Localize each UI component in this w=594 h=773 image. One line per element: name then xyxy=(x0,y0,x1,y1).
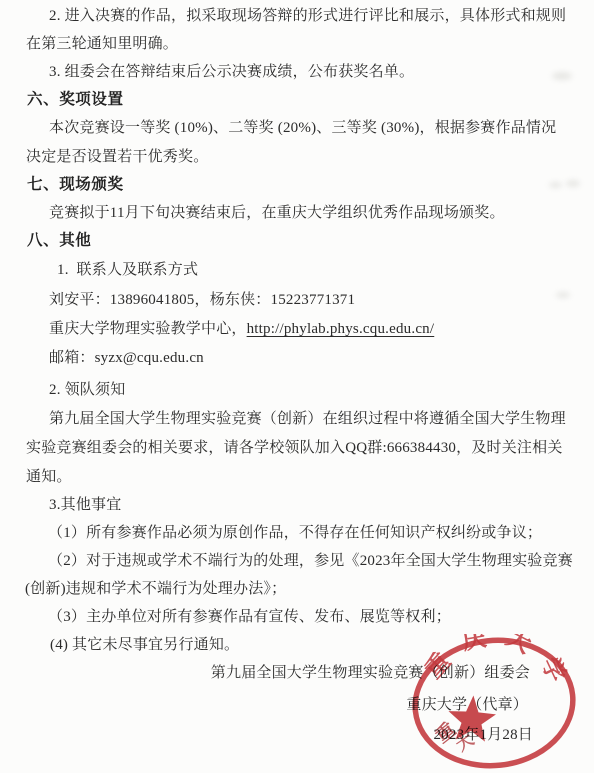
section-heading: 七、现场颁奖 xyxy=(27,175,124,195)
text-line: 3. 组委会在答辩结束后公示决赛成绩，公布获奖名单。 xyxy=(49,62,414,82)
text-line: 重庆大学物理实验教学中心，http://phylab.phys.cqu.edu.… xyxy=(49,319,434,339)
text-line: 邮箱：syzx@cqu.edu.cn xyxy=(49,348,204,368)
scan-smudge xyxy=(556,292,570,298)
signature-line: 重庆大学（代章） xyxy=(406,695,528,715)
text-segment: 重庆大学物理实验教学中心， xyxy=(49,321,247,337)
phylab-website-link[interactable]: http://phylab.phys.cqu.edu.cn/ xyxy=(247,321,435,337)
text-line: 通知。 xyxy=(26,467,72,487)
text-line: 本次竞赛设一等奖 (10%)、二等奖 (20%)、三等奖 (30%)，根据参赛作… xyxy=(49,118,556,138)
signature-line: 2023年1月28日 xyxy=(433,725,533,745)
document-page: 2. 进入决赛的作品，拟采取现场答辩的形式进行评比和展示，具体形式和规则在第三轮… xyxy=(0,0,594,773)
text-line: 在第三轮通知里明确。 xyxy=(26,34,178,54)
scan-smudge xyxy=(549,182,562,188)
signature-line: 第九届全国大学生物理实验竞赛（创新）组委会 xyxy=(211,663,530,683)
text-line: 实验竞赛组委会的相关要求，请各学校领队加入QQ群:666384430，及时关注相… xyxy=(26,438,563,458)
text-line: 2. 进入决赛的作品，拟采取现场答辩的形式进行评比和展示，具体形式和规则 xyxy=(49,6,566,26)
text-line: 1. 联系人及联系方式 xyxy=(57,260,198,280)
text-line: 决定是否设置若干优秀奖。 xyxy=(26,147,208,167)
text-line: 第九届全国大学生物理实验竞赛（创新）在组织过程中将遵循全国大学生物理 xyxy=(49,409,566,429)
section-heading: 八、其他 xyxy=(27,231,91,251)
scan-smudge xyxy=(566,180,580,187)
text-line: (4) 其它未尽事宜另行通知。 xyxy=(50,635,239,655)
text-line: 3.其他事宜 xyxy=(49,495,121,515)
scan-smudge xyxy=(552,72,572,80)
text-line: (创新)违规和学术不端行为处理办法》； xyxy=(25,579,286,599)
text-line: （2）对于违规或学术不端行为的处理，参见《2023年全国大学生物理实验竞赛 xyxy=(48,551,573,571)
text-line: 竞赛拟于11月下旬决赛结束后，在重庆大学组织优秀作品现场颁奖。 xyxy=(49,203,505,223)
text-line: （1）所有参赛作品必须为原创作品，不得存在任何知识产权纠纷或争议； xyxy=(48,523,542,543)
text-line: （3）主办单位对所有参赛作品有宣传、发布、展览等权利； xyxy=(48,607,451,627)
section-heading: 六、奖项设置 xyxy=(27,90,124,110)
text-line: 刘安平：13896041805，杨东侠：15223771371 xyxy=(49,290,355,310)
text-line: 2. 领队须知 xyxy=(49,380,125,400)
